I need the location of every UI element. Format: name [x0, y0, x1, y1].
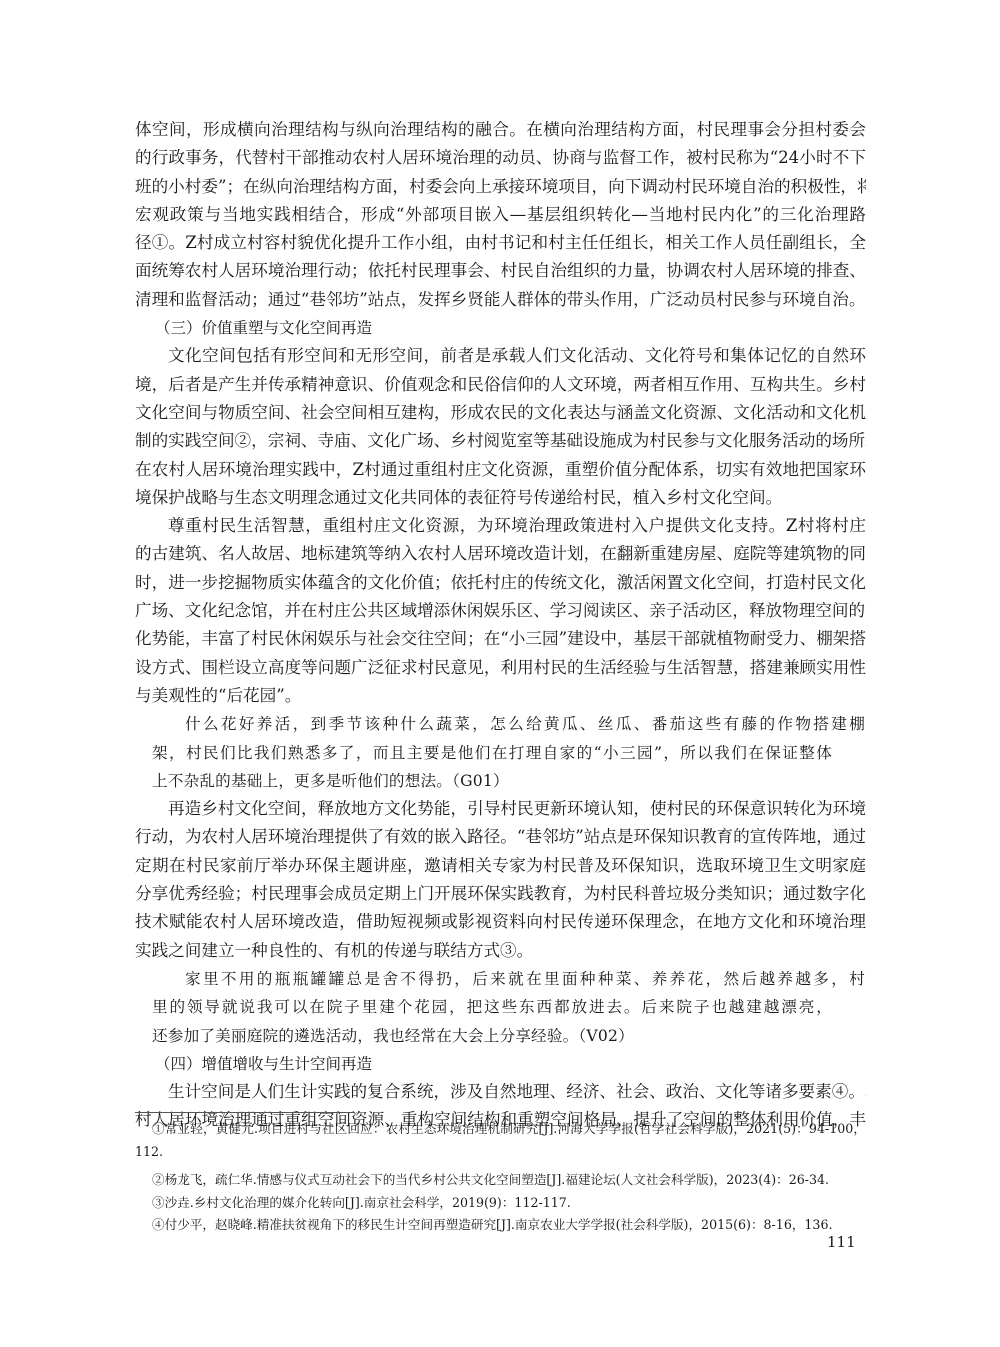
interview-quote-line: 架，村民们比我们熟悉多了，而且主要是他们在打理自家的“小三园”，所以我们在保证整…: [135, 739, 832, 767]
paragraph-line: 实践之间建立一种良性的、有机的传递与联结方式③。: [135, 937, 866, 965]
paragraph-line: 在农村人居环境治理实践中，Z村通过重组村庄文化资源，重塑价值分配体系，切实有效地…: [135, 456, 866, 484]
paragraph-line: 再造乡村文化空间，释放地方文化势能，引导村民更新环境认知，使村民的环保意识转化为…: [135, 795, 866, 823]
footnotes: ①常亚轻，黄健元.项目进村与社区回应：农村生态环境治理机制研究[J].河海大学学…: [135, 1118, 866, 1237]
paragraph-line: 生计空间是人们生计实践的复合系统，涉及自然地理、经济、社会、政治、文化等诸多要素…: [135, 1078, 866, 1106]
paragraph-line: 境，后者是产生并传承精神意识、价值观念和民俗信仰的人文环境，两者相互作用、互构共…: [135, 371, 866, 399]
paragraph-line: 时，进一步挖掘物质实体蕴含的文化价值；依托村庄的传统文化，激活闲置文化空间，打造…: [135, 569, 866, 597]
paragraph-line: 分享优秀经验；村民理事会成员定期上门开展环保实践教育，为村民科普垃圾分类知识；通…: [135, 880, 866, 908]
footnote-3: ③沙垚.乡村文化治理的媒介化转向[J].南京社会科学，2019(9)：112-1…: [135, 1192, 866, 1215]
paragraph-line: 的古建筑、名人故居、地标建筑等纳入农村人居环境改造计划，在翻新重建房屋、庭院等建…: [135, 540, 866, 568]
paragraph-line: 广场、文化纪念馆，并在村庄公共区域增添休闲娱乐区、学习阅读区、亲子活动区，释放物…: [135, 597, 866, 625]
body-line: 面统筹农村人居环境治理行动；依托村民理事会、村民自治组织的力量，协调农村人居环境…: [135, 257, 866, 285]
section-heading-4: （四）增值增收与生计空间再造: [135, 1050, 866, 1078]
page-number: 111: [827, 1233, 856, 1251]
interview-quote-line: 还参加了美丽庭院的遴选活动，我也经常在大会上分享经验。（V02）: [135, 1022, 832, 1050]
body-line: 径①。Z村成立村容村貌优化提升工作小组，由村书记和村主任任组长，相关工作人员任副…: [135, 229, 866, 257]
paragraph-line: 境保护战略与生态文明理念通过文化共同体的表征符号传递给村民，植入乡村文化空间。: [135, 484, 866, 512]
paragraph-line: 尊重村民生活智慧，重组村庄文化资源，为环境治理政策进村入户提供文化支持。Z村将村…: [135, 512, 866, 540]
footnote-1-continued: 112.: [135, 1141, 866, 1164]
body-line: 的行政事务，代替村干部推动农村人居环境治理的动员、协商与监督工作，被村民称为“2…: [135, 144, 866, 172]
interview-quote-line: 家里不用的瓶瓶罐罐总是舍不得扔，后来就在里面种种菜、养养花，然后越养越多，村: [135, 965, 865, 993]
footnote-2: ②杨龙飞，疏仁华.情感与仪式互动社会下的当代乡村公共文化空间塑造[J].福建论坛…: [135, 1169, 866, 1192]
body-line: 清理和监督活动；通过“巷邻坊”站点，发挥乡贤能人群体的带头作用，广泛动员村民参与…: [135, 286, 866, 314]
paragraph-line: 设方式、围栏设立高度等问题广泛征求村民意见，利用村民的生活经验与生活智慧，搭建兼…: [135, 654, 866, 682]
paragraph-line: 化势能，丰富了村民休闲娱乐与社会交往空间；在“小三园”建设中，基层干部就植物耐受…: [135, 625, 866, 653]
paragraph-line: 与美观性的“后花园”。: [135, 682, 866, 710]
interview-quote-line: 什么花好养活，到季节该种什么蔬菜，怎么给黄瓜、丝瓜、番茄这些有藤的作物搭建棚: [135, 710, 865, 738]
footnote-4: ④付少平，赵晓峰.精准扶贫视角下的移民生计空间再塑造研究[J].南京农业大学学报…: [135, 1214, 866, 1237]
paragraph-line: 行动，为农村人居环境治理提供了有效的嵌入路径。“巷邻坊”站点是环保知识教育的宣传…: [135, 823, 866, 851]
paragraph-line: 文化空间包括有形空间和无形空间，前者是承载人们文化活动、文化符号和集体记忆的自然…: [135, 342, 866, 370]
body-line: 宏观政策与当地实践相结合，形成“外部项目嵌入—基层组织转化—当地村民内化”的三化…: [135, 201, 866, 229]
paragraph-line: 定期在村民家前厅举办环保主题讲座，邀请相关专家为村民普及环保知识，选取环境卫生文…: [135, 852, 866, 880]
paragraph-line: 制的实践空间②，宗祠、寺庙、文化广场、乡村阅览室等基础设施成为村民参与文化服务活…: [135, 427, 866, 455]
body-line: 体空间，形成横向治理结构与纵向治理结构的融合。在横向治理结构方面，村民理事会分担…: [135, 116, 866, 144]
paragraph-line: 文化空间与物质空间、社会空间相互建构，形成农民的文化表达与涵盖文化资源、文化活动…: [135, 399, 866, 427]
body-line: 班的小村委”；在纵向治理结构方面，村委会向上承接环境项目，向下调动村民环境自治的…: [135, 173, 866, 201]
footnote-1: ①常亚轻，黄健元.项目进村与社区回应：农村生态环境治理机制研究[J].河海大学学…: [135, 1118, 866, 1141]
interview-quote-line: 上不杂乱的基础上，更多是听他们的想法。（G01）: [135, 767, 832, 795]
footnote-divider: [135, 1112, 355, 1113]
interview-quote-line: 里的领导就说我可以在院子里建个花园，把这些东西都放进去。后来院子也越建越漂亮，: [135, 993, 832, 1021]
section-heading-3: （三）价值重塑与文化空间再造: [135, 314, 866, 342]
article-body: 体空间，形成横向治理结构与纵向治理结构的融合。在横向治理结构方面，村民理事会分担…: [135, 116, 866, 1135]
paragraph-line: 技术赋能农村人居环境改造，借助短视频或影视资料向村民传递环保理念，在地方文化和环…: [135, 908, 866, 936]
